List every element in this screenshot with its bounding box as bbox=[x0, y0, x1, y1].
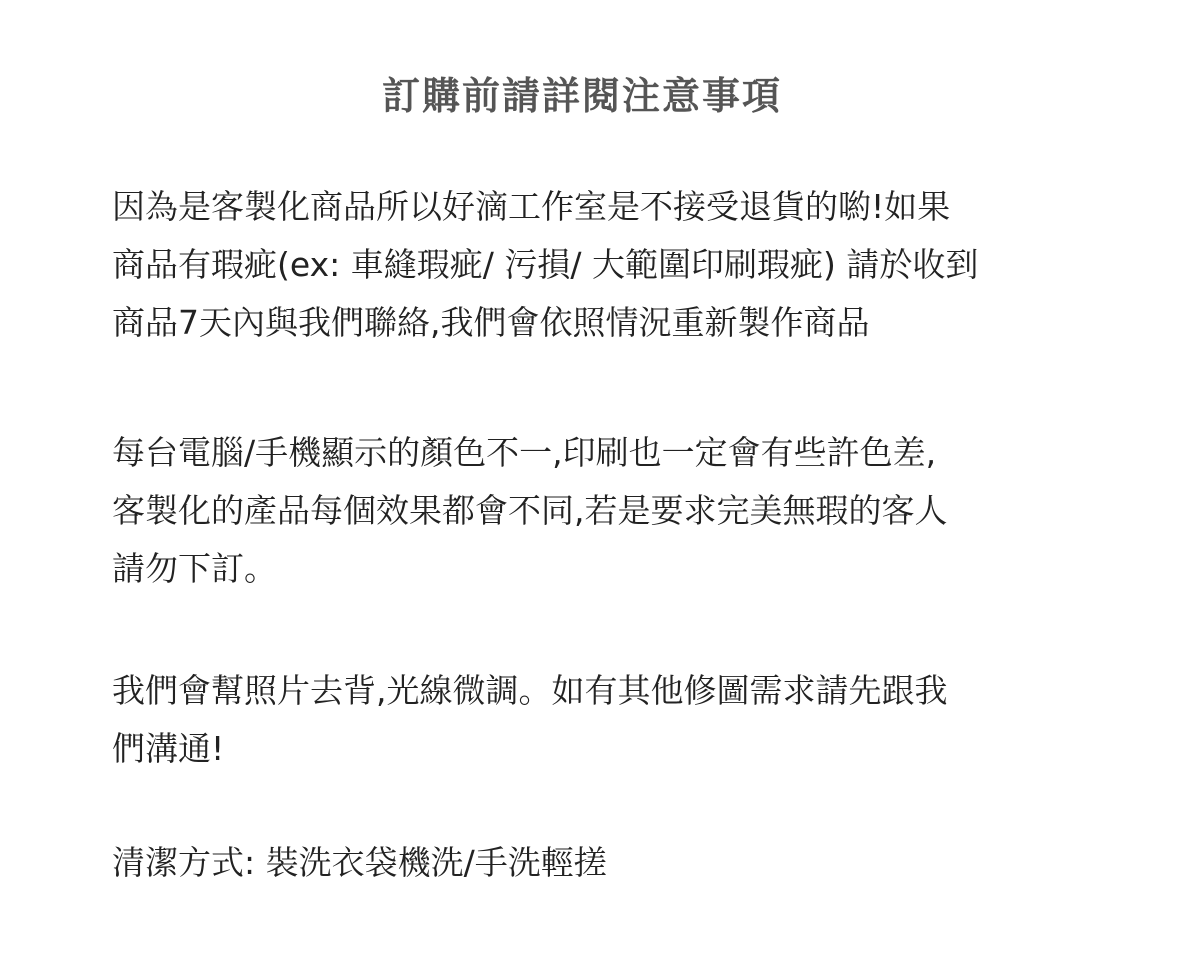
text-line: 我們會幫照片去背,光線微調。如有其他修圖需求請先跟我 bbox=[112, 662, 1092, 720]
text-line: 們溝通! bbox=[112, 720, 1092, 778]
text-line: 清潔方式: 裝洗衣袋機洗/手洗輕搓 bbox=[112, 834, 1092, 892]
text-line: 客製化的產品每個效果都會不同,若是要求完美無瑕的客人 bbox=[112, 482, 1092, 540]
text-line: 商品7天內與我們聯絡,我們會依照情況重新製作商品 bbox=[112, 294, 1092, 352]
return-policy-paragraph: 因為是客製化商品所以好滴工作室是不接受退貨的喲!如果 商品有瑕疵(ex: 車縫瑕… bbox=[112, 178, 1092, 352]
text-line: 每台電腦/手機顯示的顏色不一,印刷也一定會有些許色差, bbox=[112, 424, 1092, 482]
text-line: 請勿下訂。 bbox=[112, 540, 1092, 598]
cleaning-instructions-paragraph: 清潔方式: 裝洗衣袋機洗/手洗輕搓 bbox=[112, 834, 1092, 892]
text-line: 因為是客製化商品所以好滴工作室是不接受退貨的喲!如果 bbox=[112, 178, 1092, 236]
photo-editing-paragraph: 我們會幫照片去背,光線微調。如有其他修圖需求請先跟我 們溝通! bbox=[112, 662, 1092, 778]
text-line: 商品有瑕疵(ex: 車縫瑕疵/ 污損/ 大範圍印刷瑕疵) 請於收到 bbox=[112, 236, 1092, 294]
page-title: 訂購前請詳閱注意事項 bbox=[0, 66, 1164, 126]
color-difference-paragraph: 每台電腦/手機顯示的顏色不一,印刷也一定會有些許色差, 客製化的產品每個效果都會… bbox=[112, 424, 1092, 598]
